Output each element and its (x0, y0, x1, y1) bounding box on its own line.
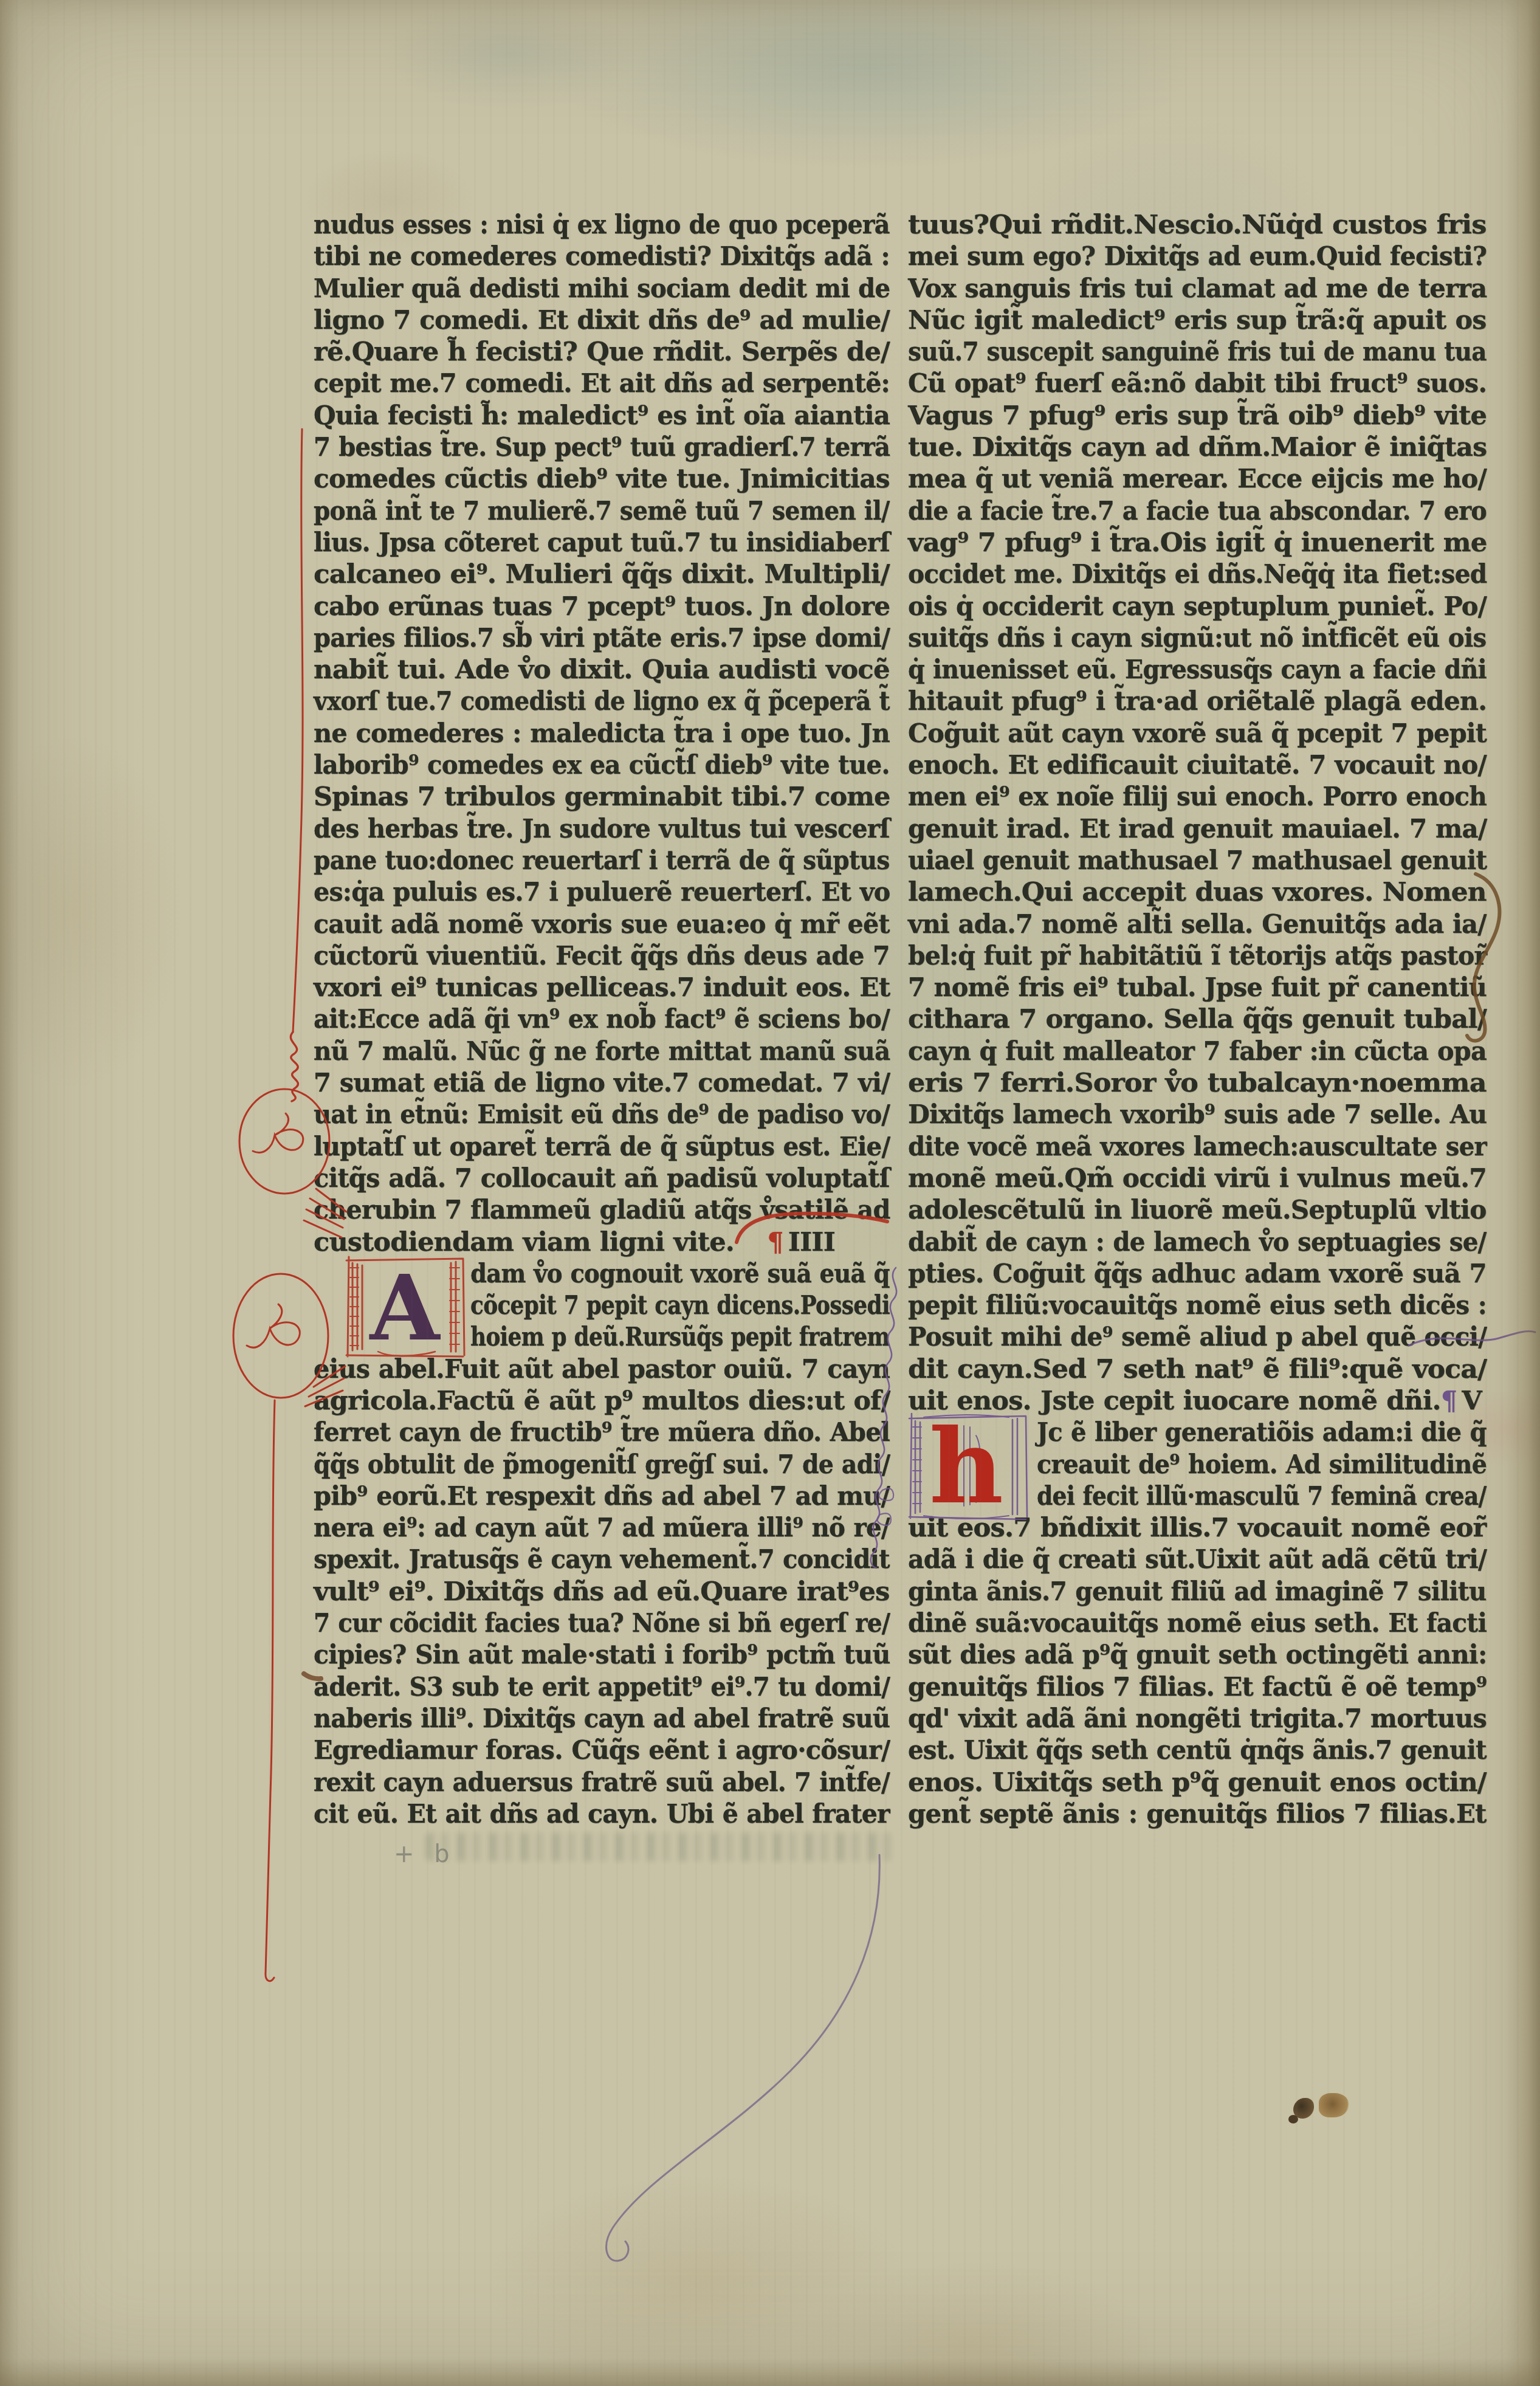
text-line: agricola.Factũ ẽ aũt p⁹ multos dies:ut o… (314, 1385, 890, 1417)
column-left: nudus esses : nisi q̇ ex ligno de quo pc… (314, 209, 890, 1831)
text-line: suũ.7 suscepit sanguinẽ fris tui de manu… (908, 336, 1487, 368)
text-line: lius. Jpsa cõteret caput tuũ.7 tu insidi… (314, 527, 890, 559)
text-line: enos. Uixitq̃s seth p⁹q̃ genuit enos oct… (908, 1767, 1487, 1798)
purple-lower-curve (607, 1855, 880, 2261)
text-line: men ei⁹ ex noĩe filij sui enoch. Porro e… (908, 781, 1487, 813)
text-line: pane tuo:donec reuertarſ i terrã de q̃ s… (314, 845, 890, 876)
text-line: lamech.Qui accepit duas vxores. Nomen (908, 876, 1487, 908)
chapter-numeral: V (1462, 1385, 1482, 1417)
text-line: pib⁹ eorũ.Et respexit dñs ad abel 7 ad m… (314, 1480, 890, 1512)
text-line: ois q̇ occiderit cayn septuplum puniet̃.… (908, 591, 1487, 622)
text-line: cũctorũ viuentiũ. Fecit q̃q̃s dñs deus a… (314, 940, 890, 972)
text-line: calcaneo ei⁹. Mulieri q̃q̃s dixit. Multi… (314, 559, 890, 590)
text-line: tuus?Qui rñdit.Nescio.Nũq̇d custos fris (908, 209, 1487, 241)
text-line: rexit cayn aduersus fratrẽ suũ abel. 7 i… (314, 1767, 890, 1798)
text-line: Posuit mihi de⁹ semẽ aliud p abel quẽ oc… (908, 1321, 1487, 1353)
text-line: dabit̃ de cayn : de lamech v̊o septuagie… (908, 1226, 1487, 1258)
text-line: tue. Dixitq̃s cayn ad dñm.Maior ẽ iniq̃t… (908, 431, 1487, 463)
text-line: suitq̃s dñs i cayn signũ:ut nõ int̃ficẽt… (908, 622, 1487, 654)
text-line: comedes cũctis dieb⁹ vite tue. Jnimiciti… (314, 463, 890, 495)
text-line: uit eos.7 bñdixit illis.7 vocauit nomẽ e… (908, 1512, 1487, 1544)
text-line: ferret cayn de fructib⁹ t̃re mũera dño. … (314, 1417, 890, 1448)
red-penwork-leaf-bottom (247, 1304, 300, 1347)
text-line: q̇ inuenisset eũ. Egressusq̃s cayn a fac… (908, 654, 1487, 686)
text-line: dit cayn.Sed 7 seth nat⁹ ẽ fili⁹:quẽ voc… (908, 1353, 1487, 1385)
text-line: mei sum ego? Dixitq̃s ad eum.Quid fecist… (908, 241, 1487, 272)
text-line: cõcepit 7 pepit cayn dicens.Possedi (314, 1290, 890, 1321)
text-line: 7 nomẽ fris ei⁹ tubal. Jpse fuit pr̃ can… (908, 972, 1487, 1003)
text-line: monẽ meũ.Qm̃ occidi virũ i vulnus meũ.7 (908, 1163, 1487, 1194)
text-line: vag⁹ 7 pfug⁹ i t̃ra.Ois igit̃ q̇ inuener… (908, 527, 1487, 559)
text-line: eius abel.Fuit aũt abel pastor ouiũ. 7 c… (314, 1353, 890, 1385)
text-line: Nũc igit̃ maledict⁹ eris sup t̃rã:q̃ apu… (908, 304, 1487, 336)
text-line: Vagus 7 pfug⁹ eris sup t̃rã oib⁹ dieb⁹ v… (908, 400, 1487, 431)
text-line: adã i die q̃ creati sũt.Uixit aũt adã cẽ… (908, 1544, 1487, 1575)
text-line: pties. Cog̃uit q̃q̃s adhuc adam vxorẽ su… (908, 1258, 1487, 1290)
text-line: nudus esses : nisi q̇ ex ligno de quo pc… (314, 209, 890, 241)
red-margin-line-upper (293, 429, 303, 1032)
text-line: es:q̇a puluis es.7 i puluerẽ reuerterſ. … (314, 876, 890, 908)
text-line: pepit filiũ:vocauitq̃s nomẽ eius seth di… (908, 1290, 1487, 1321)
text-line: adolescẽtulũ in liuorẽ meũ.Septuplũ vlti… (908, 1194, 1487, 1226)
text-line: custodiendam viam ligni vite. ¶IIII (314, 1226, 890, 1258)
chapter-pilcrow: ¶ (767, 1226, 783, 1258)
text-line: 7 cur cõcidit facies tua? Nõne si bñ ege… (314, 1607, 890, 1639)
text-line: est. Uixit q̃q̃s seth centũ q̇nq̃s ãnis.… (908, 1734, 1487, 1766)
text-line: q̃q̃s obtulit de p̃mogenit̃ſ greg̃ſ sui.… (314, 1449, 890, 1480)
chapter-numeral: IIII (788, 1226, 835, 1258)
scanned-book-page: nudus esses : nisi q̇ ex ligno de quo pc… (0, 0, 1540, 2386)
text-line: Jc ẽ liber generatiõis adam:i die q̃ (908, 1417, 1487, 1448)
text-line: qd' vixit adã ãni nongẽti trigita.7 mort… (908, 1703, 1487, 1734)
text-line: hoiem p deũ.Rursũq̃s pepit fratrem (314, 1321, 890, 1353)
text-line: sũt dies adã p⁹q̃ gnuit seth octingẽti a… (908, 1639, 1487, 1671)
text-line: luptat̃ſ ut oparet̃ terrã de q̃ sũptus e… (314, 1131, 890, 1163)
text-line: nera ei⁹: ad cayn aũt 7 ad mũera illi⁹ n… (314, 1512, 890, 1544)
text-line: mea q̃ ut veniã merear. Ecce eijcis me h… (908, 463, 1487, 495)
text-line: Spinas 7 tribulos germinabit tibi.7 come (314, 781, 890, 813)
text-line: nabit̃ tui. Ade v̊o dixit. Quia audisti … (314, 654, 890, 686)
red-margin-line-lower (266, 1400, 275, 1981)
text-line: cauit adã nomẽ vxoris sue eua:eo q̇ mr̃ … (314, 909, 890, 940)
text-line: die a facie t̃re.7 a facie tua abscondar… (908, 495, 1487, 527)
text-line: cayn q̇ fuit malleator 7 faber :in cũcta… (908, 1036, 1487, 1067)
page-edge-bottom (0, 2358, 1540, 2386)
text-line: ginta ãnis.7 genuit filiũ ad imaginẽ 7 s… (908, 1576, 1487, 1607)
page-edge-left (0, 0, 18, 2386)
red-penwork-cone (290, 1032, 298, 1101)
text-line: gent̃ septẽ ãnis : genuitq̃s filios 7 fi… (908, 1798, 1487, 1830)
text-line: tibi ne comederes comedisti? Dixitq̃s ad… (314, 241, 890, 272)
text-line: uat in et̃nũ: Emisit eũ dñs de⁹ de padis… (314, 1099, 890, 1130)
text-line: cherubin 7 flammeũ gladiũ atq̃s v̊satilẽ… (314, 1194, 890, 1226)
chapter-pilcrow: ¶ (1441, 1385, 1457, 1417)
text-line: vxori ei⁹ tunicas pelliceas.7 induit eos… (314, 972, 890, 1003)
show-through-text-ghost (425, 1833, 892, 1861)
text-line: vxorſ tue.7 comedisti de ligno ex q̃ p̃c… (314, 686, 890, 717)
text-line: Egrediamur foras. Cũq̃s eẽnt i agro·cõsu… (314, 1734, 890, 1766)
page-edge-right (1505, 0, 1540, 2386)
text-line: dei fecit illũ·masculũ 7 feminã crea/ (908, 1480, 1487, 1512)
text-line: dite vocẽ meã vxores lamech:auscultate s… (908, 1131, 1487, 1163)
text-line: genuitq̃s filios 7 filias. Et factũ ẽ oẽ… (908, 1671, 1487, 1703)
text-line: vni ada.7 nomẽ alt̃i sella. Genuitq̃s ad… (908, 909, 1487, 940)
column-right: tuus?Qui rñdit.Nescio.Nũq̇d custos frism… (908, 209, 1487, 1831)
ink-blot-stain (1287, 2088, 1354, 2131)
text-line: cabo erũnas tuas 7 pcept⁹ tuos. Jn dolor… (314, 591, 890, 622)
text-line: occidet me. Dixitq̃s ei dñs.Neq̃q̇ ita f… (908, 559, 1487, 590)
red-penwork-leaf-top (253, 1113, 303, 1152)
text-line: cithara 7 organo. Sella q̃q̃s genuit tub… (908, 1003, 1487, 1035)
text-line: genuit irad. Et irad genuit mauiael. 7 m… (908, 813, 1487, 845)
text-line: uiael genuit mathusael 7 mathusael genui… (908, 845, 1487, 876)
text-line: cipies? Sin aũt male·stati i forib⁹ pctm… (314, 1639, 890, 1671)
text-line: bel:q̇ fuit pr̃ habitãtiũ ĩ tẽtorijs atq… (908, 940, 1487, 972)
text-line: Cũ opat⁹ fuerſ eã:nõ dabit tibi fruct⁹ s… (908, 368, 1487, 399)
text-line: ne comederes : maledicta t̃ra i ope tuo.… (314, 718, 890, 749)
text-line: Vox sanguis fris tui clamat ad me de ter… (908, 273, 1487, 304)
text-line: hitauit pfug⁹ i t̃ra·ad oriẽtalẽ plagã e… (908, 686, 1487, 717)
text-line: nũ 7 malũ. Nũc g̃ ne forte mittat manũ s… (314, 1036, 890, 1067)
text-line: ait:Ecce adã q̃i vn⁹ ex nob̃ fact⁹ ẽ sci… (314, 1003, 890, 1035)
text-line: dinẽ suã:vocauitq̃s nomẽ eius seth. Et f… (908, 1607, 1487, 1639)
text-line: Mulier quã dedisti mihi sociam dedit mi … (314, 273, 890, 304)
text-line: enoch. Et edificauit ciuitatẽ. 7 vocauit… (908, 749, 1487, 781)
text-line: Cog̃uit aũt cayn vxorẽ suã q̃ pcepit 7 p… (908, 718, 1487, 749)
text-line: eris 7 ferri.Soror v̊o tubalcayn·noemma (908, 1067, 1487, 1099)
text-line: des herbas t̃re. Jn sudore vultus tui ve… (314, 813, 890, 845)
text-line: citq̃s adã. 7 collocauit añ padisũ volup… (314, 1163, 890, 1194)
text-line: dam v̊o cognouit vxorẽ suã euã q̃ (314, 1258, 890, 1290)
text-line: naberis illi⁹. Dixitq̃s cayn ad abel fra… (314, 1703, 890, 1734)
text-line: creauit de⁹ hoiem. Ad similitudinẽ (908, 1449, 1487, 1480)
text-line: cepit me.7 comedi. Et ait dñs ad serpent… (314, 368, 890, 399)
text-line: rẽ.Quare h̃ fecisti? Que rñdit. Serpẽs d… (314, 336, 890, 368)
margin-cross-mark: + b (394, 1840, 456, 1868)
text-line: aderit. S3 sub te erit appetit⁹ ei⁹.7 tu… (314, 1671, 890, 1703)
text-line: Quia fecisti h̃: maledict⁹ es int̃ oĩa a… (314, 400, 890, 431)
text-line: vult⁹ ei⁹. Dixitq̃s dñs ad eũ.Quare irat… (314, 1576, 890, 1607)
text-line: uit enos. Jste cepit iuocare nomẽ dñi. ¶… (908, 1385, 1487, 1417)
text-line: paries filios.7 sb̃ viri ptãte eris.7 ip… (314, 622, 890, 654)
text-line: ligno 7 comedi. Et dixit dñs de⁹ ad muli… (314, 304, 890, 336)
text-line: ponã int̃ te 7 mulierẽ.7 semẽ tuũ 7 seme… (314, 495, 890, 527)
text-line: 7 sumat etiã de ligno vite.7 comedat. 7 … (314, 1067, 890, 1099)
text-line: Dixitq̃s lamech vxorib⁹ suis ade 7 selle… (908, 1099, 1487, 1130)
text-line: laborib⁹ comedes ex ea cũct̃ſ dieb⁹ vite… (314, 749, 890, 781)
text-line: 7 bestias t̃re. Sup pect⁹ tuũ gradierſ.7… (314, 431, 890, 463)
text-line: cit eũ. Et ait dñs ad cayn. Ubi ẽ abel f… (314, 1798, 890, 1830)
text-line: spexit. Jratusq̃s ẽ cayn vehement̃.7 con… (314, 1544, 890, 1575)
